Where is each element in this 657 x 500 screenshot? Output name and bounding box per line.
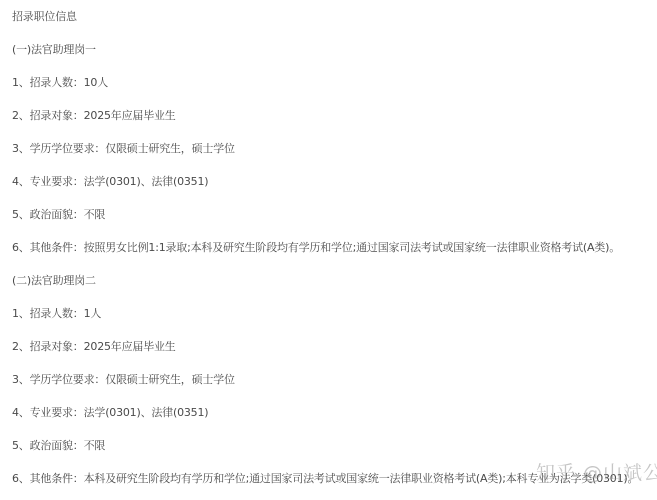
document-title: 招录职位信息 <box>12 9 652 42</box>
item-target: 2、招录对象：2025年应届毕业生 <box>12 108 652 141</box>
item-count: 1、招录人数：10人 <box>12 75 652 108</box>
item-political: 5、政治面貌：不限 <box>12 207 652 240</box>
section-1: (一)法官助理岗一 1、招录人数：10人 2、招录对象：2025年应届毕业生 3… <box>12 42 652 273</box>
item-count: 1、招录人数：1人 <box>12 306 652 339</box>
item-target: 2、招录对象：2025年应届毕业生 <box>12 339 652 372</box>
section-heading: (二)法官助理岗二 <box>12 273 652 306</box>
section-heading: (一)法官助理岗一 <box>12 42 652 75</box>
item-major: 4、专业要求：法学(0301)、法律(0351) <box>12 405 652 438</box>
document-body: 招录职位信息 (一)法官助理岗一 1、招录人数：10人 2、招录对象：2025年… <box>12 9 652 500</box>
watermark: 知乎 @山斌公考 <box>536 458 657 485</box>
item-other: 6、其他条件：按照男女比例1:1录取;本科及研究生阶段均有学历和学位;通过国家司… <box>12 240 652 273</box>
item-major: 4、专业要求：法学(0301)、法律(0351) <box>12 174 652 207</box>
item-education: 3、学历学位要求：仅限硕士研究生，硕士学位 <box>12 372 652 405</box>
item-education: 3、学历学位要求：仅限硕士研究生，硕士学位 <box>12 141 652 174</box>
